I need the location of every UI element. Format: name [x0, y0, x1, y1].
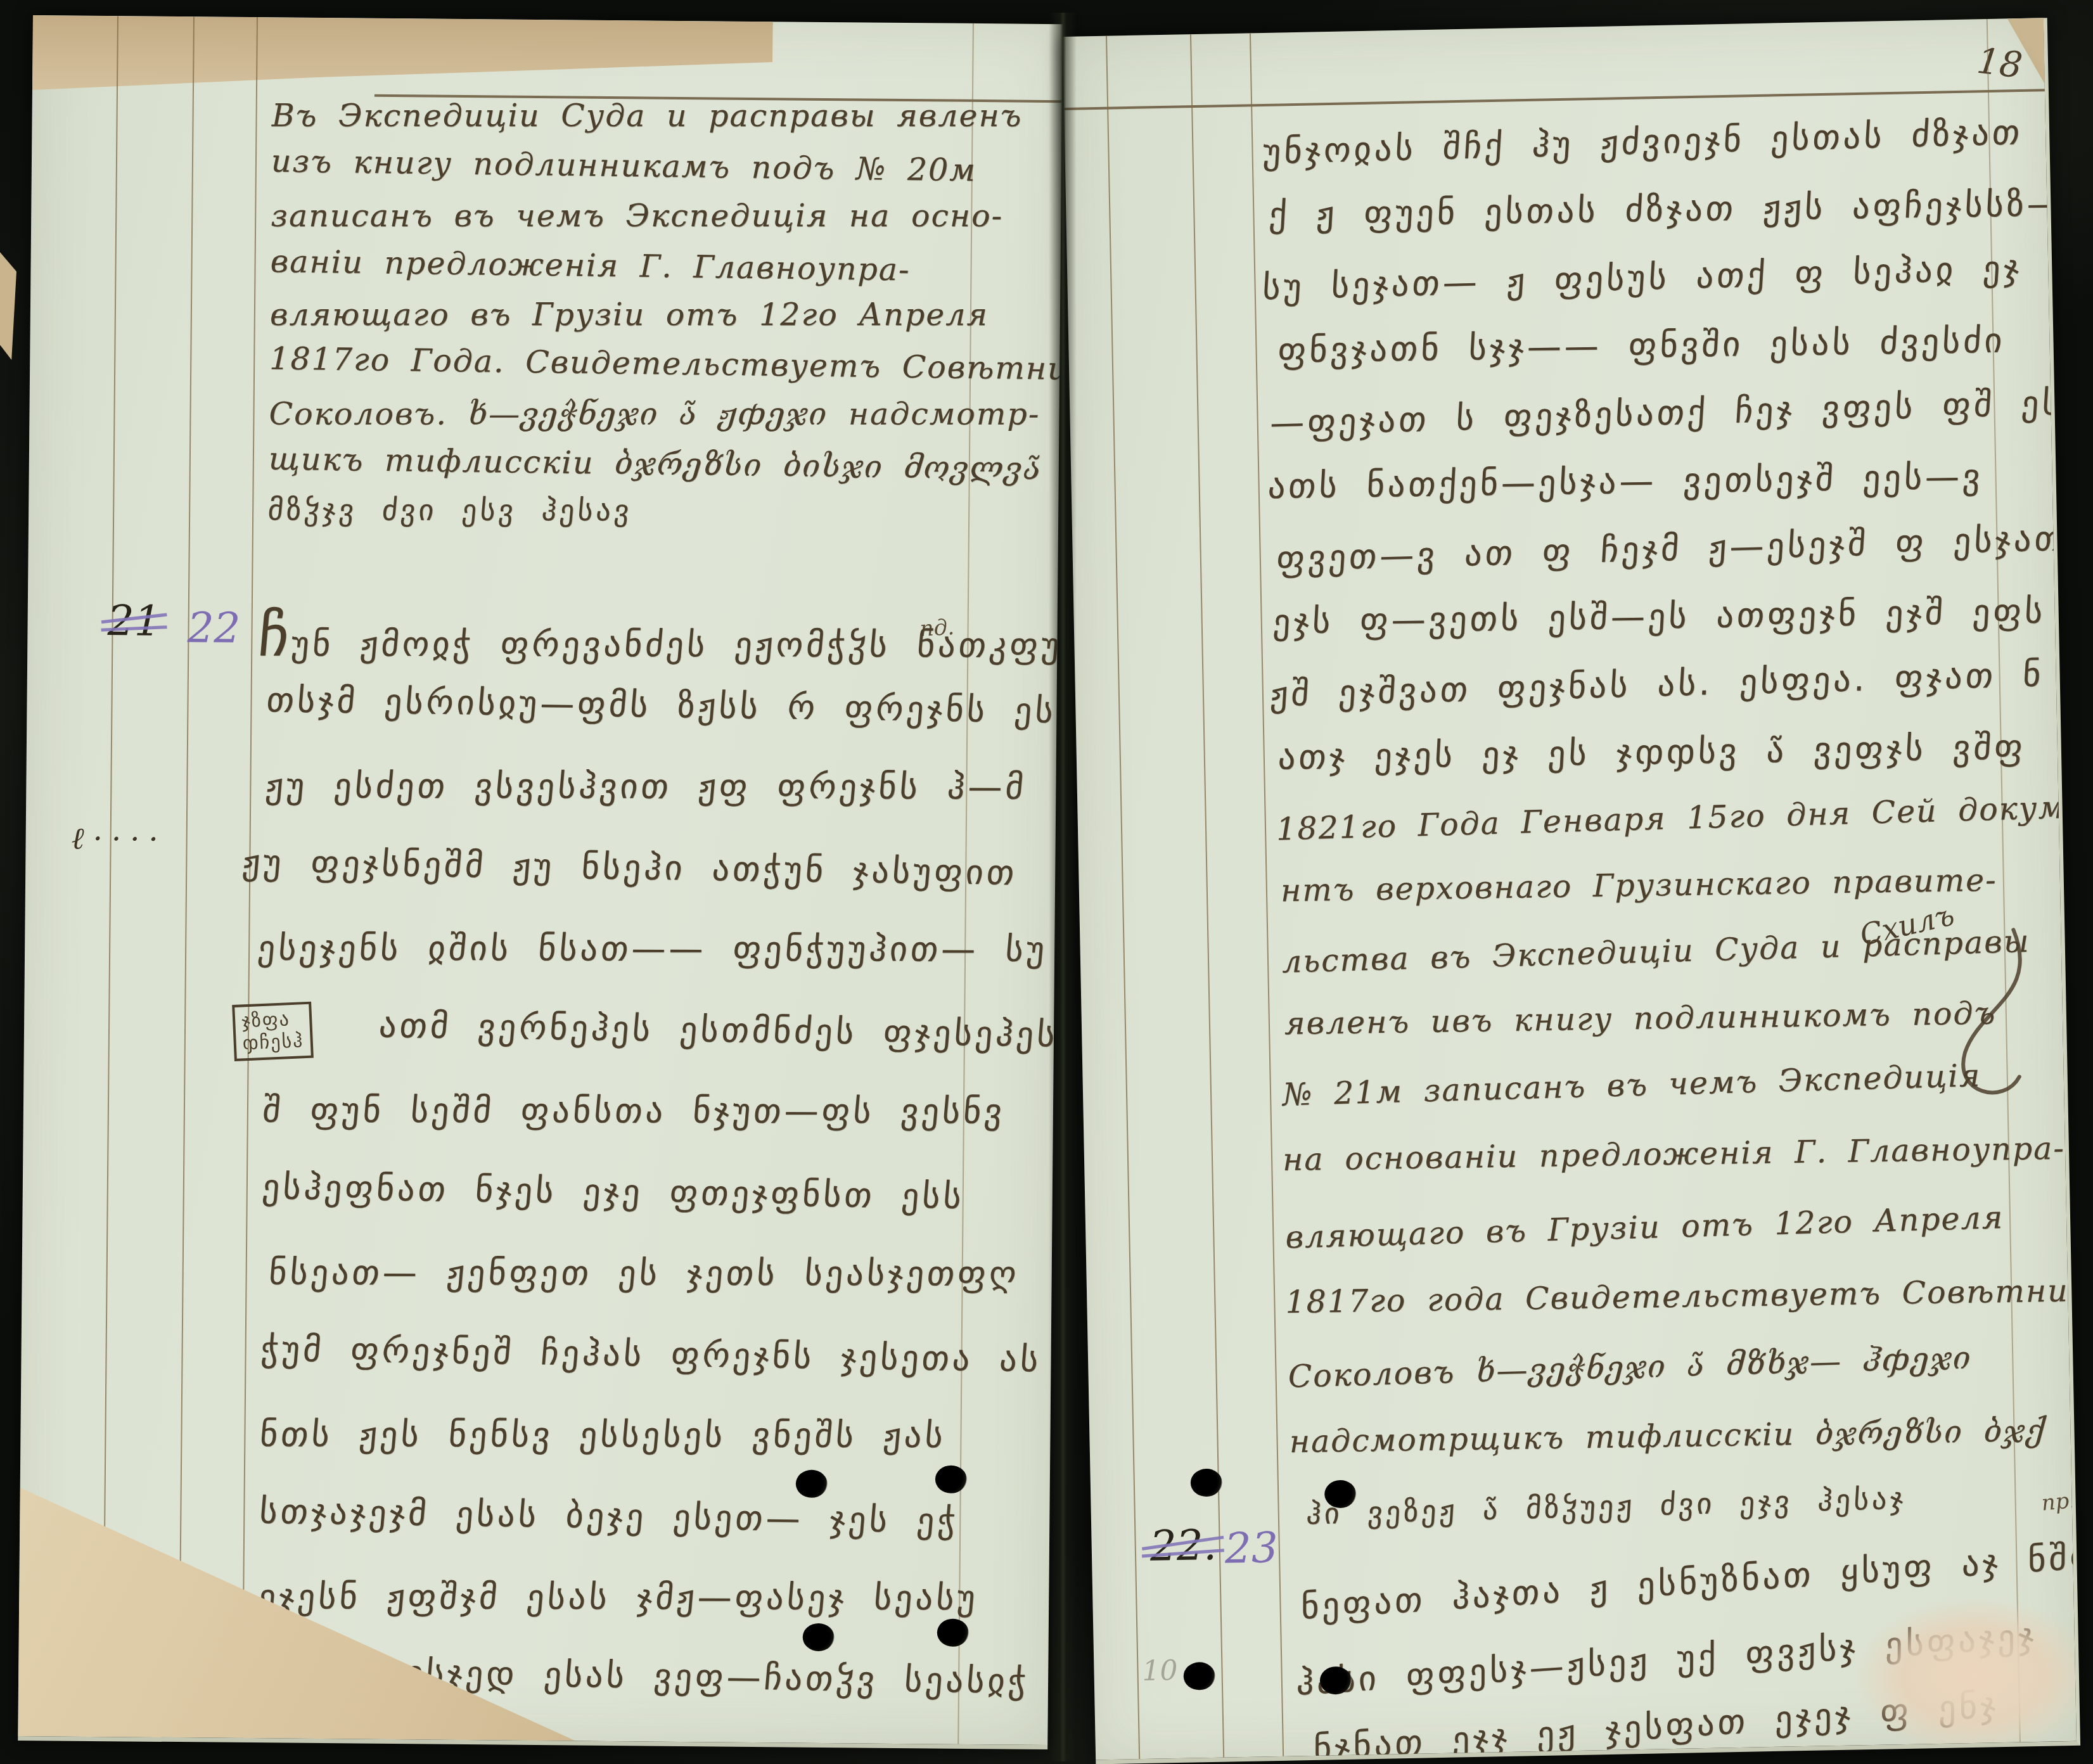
manuscript-line: მზჴჯვ ძვი ესვ ჰესავ: [267, 495, 634, 525]
margin-number-new: 23: [1224, 1523, 1278, 1573]
manuscript-line: щикъ тифлисскiи ბჯრეზსი ბისჯი მოვლვა̃: [269, 444, 1042, 485]
manuscript-line: სთჯაჯეჯმ ესას ბეჯე ესეთ— ჯეს ეჭ: [258, 1494, 959, 1538]
margin-number-old: 22.: [1149, 1521, 1217, 1571]
folio-number: 18: [1975, 41, 2025, 87]
manuscript-line: ფვეთ—ვ ათ ფ ჩეჯმ ჟ—ესეჯშ ფ ესჯათვს: [1276, 520, 2080, 576]
boxed-marginal-note: ჯზფა ჶჩესჰ: [232, 1002, 313, 1061]
book-gutter: [1049, 13, 1077, 1761]
punch-hole: [796, 1470, 828, 1498]
manuscript-line: 1817го Года. Свидетельствуетъ Совѣтникъ: [269, 343, 1063, 385]
manuscript-line: შ ფუნ სეშმ ფანსთა ნჯუთ—ფს ვესნვ: [261, 1093, 1006, 1128]
manuscript-line: изъ книгу подлинникамъ подъ № 20м: [271, 146, 977, 186]
boxed-note-line: ჶჩესჰ: [242, 1030, 304, 1055]
punch-hole: [937, 1619, 969, 1647]
manuscript-line: ესეჯენს ჲშის ნსათ—— ფენჭუუჰით— სუ: [256, 931, 1049, 967]
manuscript-line: Соколовъ ხ—ვეჭნეჯი ა̃ მზხჯ— ჰჶეჯი: [1288, 1342, 1972, 1392]
manuscript-line: ათს ნათქენ—ესჯა— ვეთსეჯშ ეეს—ვ: [1267, 459, 1984, 504]
corner-stain: [1852, 1595, 2080, 1758]
left-page-top-edge-underlay: [32, 15, 773, 96]
right-page: 18 უნჯოჲას შჩქ ჰუ ჟძვიეჯნ ესთას ძზჯათ ქ …: [1063, 18, 2080, 1764]
manuscript-line: სუ სეჯათ— ჟ ფესუს ათქ ფ სეჰაჲ ეჯ: [1262, 251, 2023, 305]
manuscript-line: 1821го Года Генваря 15го дня Сей докуме-: [1276, 791, 2080, 845]
boxed-note-line: ჯზფა: [241, 1008, 304, 1033]
margin-number-old: 21: [107, 596, 161, 646]
manuscript-line: ნთს ჟეს ნენსვ ესსესეს ვნეშს ჟას: [259, 1417, 947, 1453]
manuscript-line: ванiи предложенiя Г. Главноупра-: [270, 246, 911, 285]
punch-hole: [803, 1623, 835, 1651]
left-margin-line-1: [102, 16, 118, 1737]
manuscript-line: ფნვჯათნ სჯჯ—— ფნვში ესას ძვესძი: [1277, 324, 2006, 368]
manuscript-line: надсмотрщикъ тифлисскiи ბჯრეზსი ბჯქ: [1289, 1415, 2045, 1457]
manuscript-line: უნჯოჲას შჩქ ჰუ ჟძვიეჯნ ესთას ძზჯათ: [1262, 115, 2024, 169]
manuscript-line: ჩუნ ჟმოჲჭ ფრევანძეს ეჟომჭჴს ნათკფუ: [256, 607, 1063, 667]
manuscript-line: ჭუმ ფრეჯნეშ ჩეჰას ფრეჯნს ჯესეთა ას: [260, 1332, 1043, 1377]
pencil-mark: 10: [1142, 1654, 1178, 1687]
left-margin-line-2: [178, 16, 195, 1737]
manuscript-line: ათმ ვერნეჰეს ესთმნძეს ფჯესეჰეს ჟეჰ უჭ: [378, 1008, 1063, 1054]
manuscript-line: ათჯ ეჯეს ეჯ ეს ჯჶჶსვ ა̃ ვეფჯს ვშფ: [1277, 730, 2027, 775]
manuscript-line: № 21м записанъ въ чемъ Экспедицiя: [1282, 1060, 1981, 1111]
manuscript-line: вляющаго въ Грузiи отъ 12го Апреля: [1285, 1202, 2004, 1253]
manuscript-line: нтъ верховнаго Грузинскаго правите-: [1281, 864, 1997, 906]
left-page: Въ Экспедицiи Суда и расправы явленъ изъ…: [18, 15, 1063, 1749]
page-edge-fragment: [0, 252, 16, 360]
corner-annotation: пр.: [2040, 1488, 2077, 1516]
manuscript-line: Въ Экспедицiи Суда и расправы явленъ: [272, 100, 1023, 131]
manuscript-line: ქ ჟ ფუენ ესთას ძზჯათ ჟჟს აფჩეჯსსზ—ში: [1268, 186, 2080, 233]
right-margin-line-2: [1190, 34, 1224, 1758]
right-top-rule: [1064, 89, 2045, 110]
manuscript-line: ეჯს ფ—ვეთს ესშ—ეს ათფეჯნ ეჯშ ეფს: [1272, 594, 2047, 639]
right-margin-line-1: [1106, 36, 1140, 1760]
manuscript-line: ჟუ ესძეთ ვსვესჰვით ჟფ ფრეჯნს ჰ—მ: [264, 769, 1028, 804]
manuscript-line: ჟშ ეჯშვათ ფეჯნას ას. ესფეა. ფჯათ ნ: [1269, 657, 2045, 712]
margin-number-new: 22: [187, 603, 241, 653]
manuscript-line: —ფეჯათ ს ფეჯზესათქ ჩეჯ ვფეს ფშ ეს: [1269, 385, 2064, 440]
manuscript-line: ჰი ვეზეჟ ა̃ მზჴუეჟ ძვი ეჯვ ჰესაჯ: [1305, 1484, 1907, 1529]
punch-hole: [935, 1466, 967, 1493]
manuscript-line: на основанiи предложенiя Г. Главноупра-: [1283, 1133, 2065, 1175]
manuscript-line: ჟუ ფეჯსნეშმ ჟუ ნსეჰი ათჭუნ ჯასუფით: [241, 845, 1018, 890]
manuscript-line: 1817го года Свидетельствуетъ Совѣтникъ: [1285, 1274, 2080, 1317]
punch-hole: [1183, 1662, 1215, 1690]
margin-flourish-mark: ℓ····: [71, 821, 167, 857]
manuscript-line: ეჯესნ ჟფშჯმ ესას ჯმჟ—ფასეჯ სეასუ: [257, 1580, 980, 1615]
manuscript-line: записанъ въ чемъ Экспедицiя на осно-: [271, 200, 1003, 231]
manuscript-line: თსჯმ ესრისჲუ—ფმს ზჟსს რ ფრეჯნს ესისს: [266, 683, 1063, 729]
manuscript-line: ესჰეფნათ ნჯეს ეჯე ფთეჯფნსთ ესს: [261, 1170, 966, 1213]
manuscript-line: ნსეათ— ჟენფეთ ეს ჯეთს სეასჯეთფღ: [267, 1255, 1021, 1291]
manuscript-line: Соколовъ. ხ—ვეჭნეჯი ა̃ ჟჶეჯი надсмотр-: [269, 399, 1040, 430]
manuscript-line: вляющаго въ Грузiи отъ 12го Апреля: [270, 299, 989, 330]
